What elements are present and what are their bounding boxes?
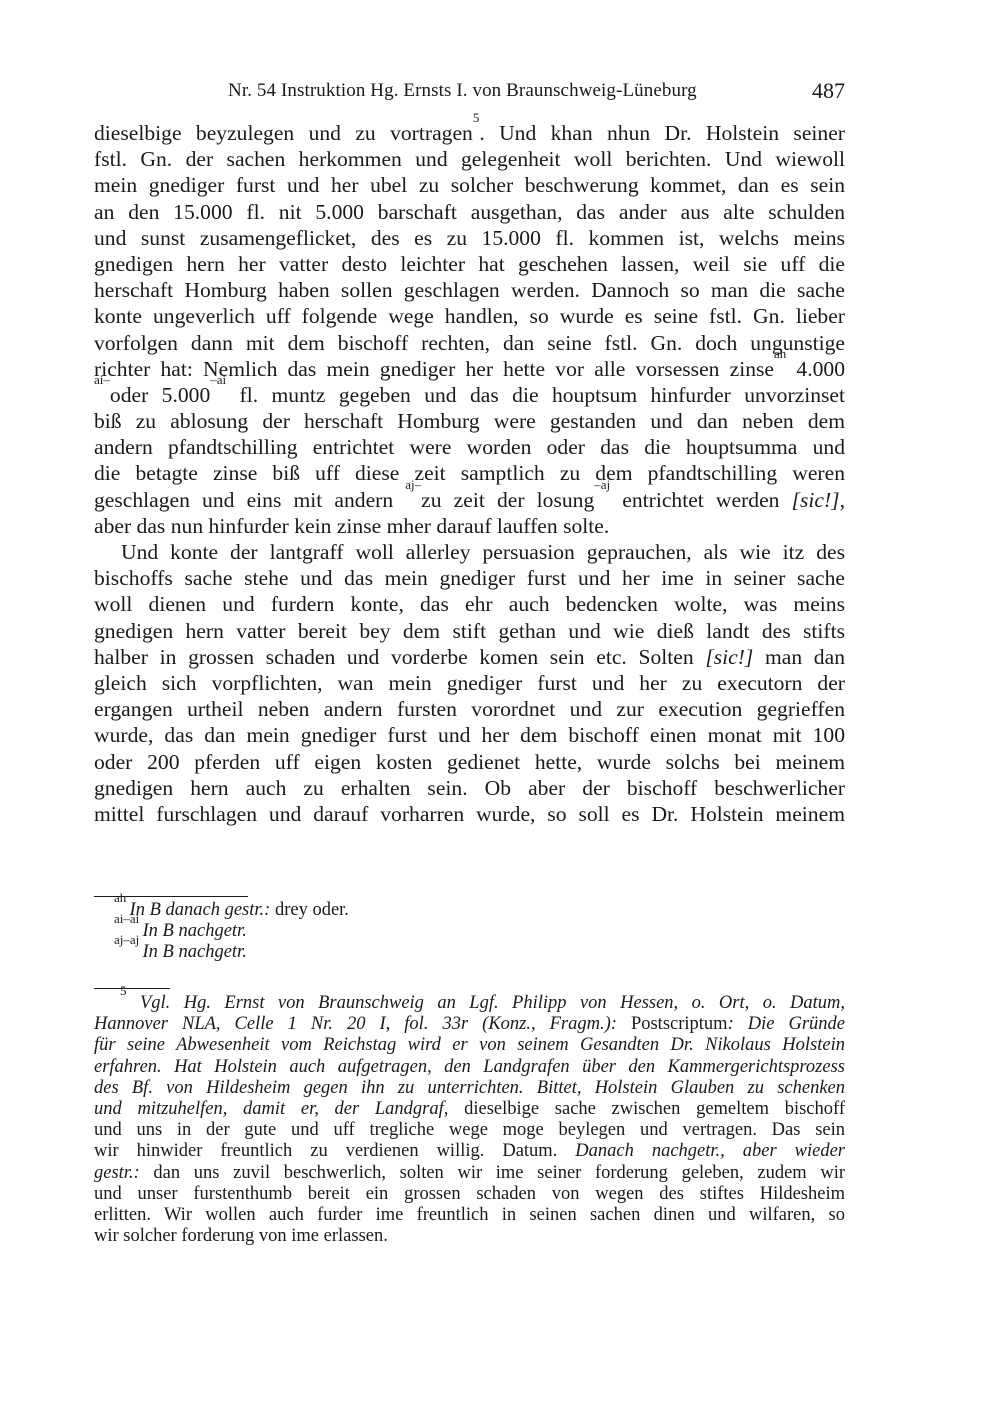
text-line: mein gnediger furst und her ubel zu solc… bbox=[94, 172, 845, 198]
apparatus-footnotes: ah In B danach gestr.: drey oder.ai–ai I… bbox=[94, 900, 845, 963]
text-line: konte ungeverlich uff folgende wege hand… bbox=[94, 303, 845, 329]
footnote-marker: aj–aj bbox=[114, 932, 143, 947]
italic-text: In B nachgetr. bbox=[143, 942, 247, 962]
commentary-line: Hannover NLA, Celle 1 Nr. 20 I, fol. 33r… bbox=[94, 1014, 845, 1035]
text-line: oder 200 pferden uff eigen kosten gedien… bbox=[94, 749, 845, 775]
italic-text: Danach nachgetr., aber wieder bbox=[575, 1141, 845, 1161]
text-line: gnedigen hern vatter bereit bey dem stif… bbox=[94, 618, 845, 644]
text-line: andern pfandtschilling entrichtet were w… bbox=[94, 434, 845, 460]
commentary-footnote-rule bbox=[94, 988, 170, 989]
commentary-line: erfahren. Hat Holstein auch aufgetragen,… bbox=[94, 1057, 845, 1078]
commentary-line: 5 Vgl. Hg. Ernst von Braunschweig an Lgf… bbox=[94, 993, 845, 1014]
page-number: 487 bbox=[812, 78, 845, 104]
footnote-marker: ai– bbox=[94, 372, 110, 387]
commentary-line: und mitzuhelfen, damit er, der Landgraf,… bbox=[94, 1099, 845, 1120]
text-line: gleich sich vorpflichten, wan mein gnedi… bbox=[94, 670, 845, 696]
italic-text: [sic!] bbox=[705, 645, 753, 669]
commentary-line: gestr.: dan uns zuvil beschwerlich, solt… bbox=[94, 1163, 845, 1184]
text-line: gnedigen hern her vatter desto leichter … bbox=[94, 251, 845, 277]
text-line: Und konte der lantgraff woll allerley pe… bbox=[94, 539, 845, 565]
italic-text: und mitzuhelfen, damit er, der Landgraf, bbox=[94, 1099, 448, 1119]
commentary-footnotes: 5 Vgl. Hg. Ernst von Braunschweig an Lgf… bbox=[94, 993, 845, 1247]
footnote-marker: 5 bbox=[120, 983, 127, 998]
footnote-marker: –aj bbox=[594, 477, 610, 492]
commentary-line: und unser furstenthumb bereit ein grosse… bbox=[94, 1184, 845, 1205]
commentary-line: für seine Abwesenheit vom Reichstag wird… bbox=[94, 1035, 845, 1056]
commentary-line: wir solcher forderung von ime erlassen. bbox=[94, 1226, 845, 1247]
italic-text: erfahren. Hat Holstein auch aufgetragen,… bbox=[94, 1057, 845, 1077]
italic-text: In B danach gestr.: bbox=[130, 900, 271, 920]
footnote-marker: 5 bbox=[473, 110, 480, 125]
running-header: Nr. 54 Instruktion Hg. Ernsts I. von Bra… bbox=[94, 80, 845, 106]
italic-text: [sic!] bbox=[792, 488, 840, 512]
italic-text: Hannover NLA, Celle 1 Nr. 20 I, fol. 33r… bbox=[94, 1014, 617, 1034]
text-line: fstl. Gn. der sachen herkommen und geleg… bbox=[94, 146, 845, 172]
text-line: woll dienen und furdern konte, das ehr a… bbox=[94, 591, 845, 617]
italic-text: für seine Abwesenheit vom Reichstag wird… bbox=[94, 1035, 845, 1055]
footnote-marker: ah bbox=[114, 890, 130, 905]
italic-text: gestr.: bbox=[94, 1163, 140, 1183]
apparatus-footnote: aj–aj In B nachgetr. bbox=[94, 942, 845, 963]
text-line: aber das nun hinfurder kein zinse mher d… bbox=[94, 513, 845, 539]
italic-text: des Bf. von Hildesheim gegen ihn zu unte… bbox=[94, 1078, 845, 1098]
text-line: mittel furschlagen und darauf vorharren … bbox=[94, 801, 845, 827]
text-line: richter hat: Nemlich das mein gnediger h… bbox=[94, 356, 845, 382]
apparatus-footnote: ah In B danach gestr.: drey oder. bbox=[94, 900, 845, 921]
text-line: halber in grossen schaden und vorderbe k… bbox=[94, 644, 845, 670]
commentary-line: wir hinwider freuntlich zu verdienen wil… bbox=[94, 1141, 845, 1162]
text-line: vorfolgen dann mit dem bischoff rechten,… bbox=[94, 330, 845, 356]
text-line: an den 15.000 fl. nit 5.000 barschaft au… bbox=[94, 199, 845, 225]
text-line: dieselbige beyzulegen und zu vortragen5.… bbox=[94, 120, 845, 146]
commentary-line: des Bf. von Hildesheim gegen ihn zu unte… bbox=[94, 1078, 845, 1099]
text-line: und sunst zusamengeflicket, des es zu 15… bbox=[94, 225, 845, 251]
running-title: Nr. 54 Instruktion Hg. Ernsts I. von Bra… bbox=[228, 80, 697, 102]
commentary-line: erlitten. Wir wollen auch furder ime fre… bbox=[94, 1205, 845, 1226]
text-line: geschlagen und eins mit andern aj–zu zei… bbox=[94, 487, 845, 513]
footnote-marker: aj– bbox=[405, 477, 421, 492]
commentary-line: und uns in der gute und uff tregliche we… bbox=[94, 1120, 845, 1141]
main-text: dieselbige beyzulegen und zu vortragen5.… bbox=[94, 120, 845, 827]
footnote-marker: ai–ai bbox=[114, 911, 143, 926]
text-line: die betagte zinse biß uff diese zeit sam… bbox=[94, 460, 845, 486]
italic-text: In B nachgetr. bbox=[143, 921, 247, 941]
text-line: ai–oder 5.000–ai fl. muntz gegeben und d… bbox=[94, 382, 845, 408]
text-line: ergangen urtheil neben andern fursten vo… bbox=[94, 696, 845, 722]
italic-text: : Die Gründe bbox=[728, 1014, 845, 1034]
text-line: biß zu ablosung der herschaft Homburg we… bbox=[94, 408, 845, 434]
footnote-marker: –ai bbox=[210, 372, 226, 387]
text-line: herschaft Homburg haben sollen geschlage… bbox=[94, 277, 845, 303]
text-line: bischoffs sache stehe und das mein gnedi… bbox=[94, 565, 845, 591]
apparatus-footnote: ai–ai In B nachgetr. bbox=[94, 921, 845, 942]
text-line: gnedigen hern auch zu erhalten sein. Ob … bbox=[94, 775, 845, 801]
footnote-marker: ah bbox=[774, 346, 786, 361]
italic-text: Vgl. Hg. Ernst von Braunschweig an Lgf. … bbox=[140, 993, 845, 1013]
text-line: wurde, das dan mein gnediger furst und h… bbox=[94, 722, 845, 748]
